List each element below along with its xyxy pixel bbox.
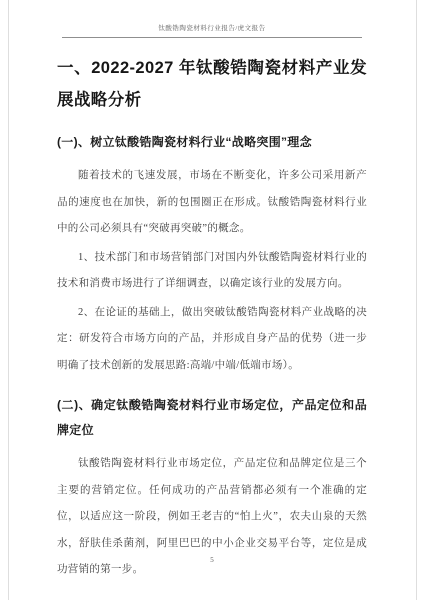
- page-left-edge: [8, 0, 9, 600]
- header-title: 钛酸锆陶瓷材料行业报告/虎文报告: [62, 24, 362, 34]
- section-1-paragraph-2: 1、技术部门和市场营销部门对国内外钛酸锆陶瓷材料行业的技术和消费市场进行了详细调…: [57, 245, 367, 298]
- section-1-paragraph-3: 2、在论证的基础上，做出突破钛酸锆陶瓷材料产业战略的决定：研发符合市场方向的产品…: [57, 300, 367, 380]
- section-2-heading: (二)、确定钛酸锆陶瓷材料行业市场定位，产品定位和品牌定位: [57, 393, 367, 443]
- document-page: 钛酸锆陶瓷材料行业报告/虎文报告 一、2022-2027 年钛酸锆陶瓷材料产业发…: [0, 0, 424, 600]
- document-title: 一、2022-2027 年钛酸锆陶瓷材料产业发展战略分析: [57, 52, 367, 116]
- section-1-heading: (一)、树立钛酸锆陶瓷材料行业“战略突围”理念: [57, 130, 367, 155]
- page-header: 钛酸锆陶瓷材料行业报告/虎文报告: [62, 24, 362, 38]
- page-footer: 5: [0, 549, 424, 567]
- page-right-edge: [416, 0, 417, 600]
- header-divider: [62, 37, 362, 38]
- page-number: 5: [210, 556, 214, 564]
- document-body: 一、2022-2027 年钛酸锆陶瓷材料产业发展战略分析 (一)、树立钛酸锆陶瓷…: [57, 52, 367, 586]
- section-1-paragraph-1: 随着技术的飞速发展，市场在不断变化，许多公司采用新产品的速度也在加快，新的包围圈…: [57, 163, 367, 243]
